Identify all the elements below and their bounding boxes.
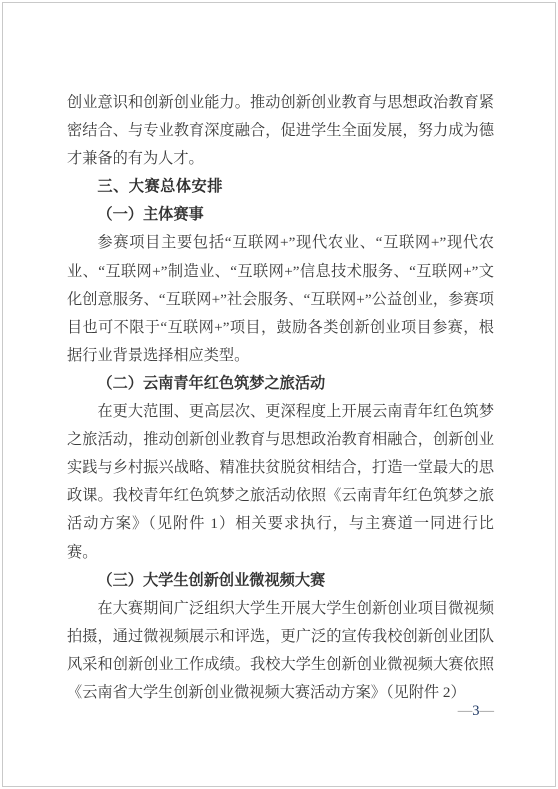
page-number: —3— — [458, 701, 494, 721]
subsection-body-micro-video-contest: 在大赛期间广泛组织大学生开展大学生创新创业项目微视频拍摄，通过微视频展示和评选，… — [67, 595, 494, 707]
page-number-value: 3 — [472, 703, 479, 719]
document-page: 创业意识和创新创业能力。推动创新创业教育与思想政治教育紧密结合、与专业教育深度融… — [0, 0, 558, 789]
subsection-heading-micro-video-contest: （三）大学生创新创业微视频大赛 — [67, 567, 494, 595]
subsection-body-red-dream-journey: 在更大范围、更高层次、更深程度上开展云南青年红色筑梦之旅活动，推动创新创业教育与… — [67, 398, 494, 567]
subsection-body-main-competition: 参赛项目主要包括“互联网+”现代农业、“互联网+”现代农业、“互联网+”制造业、… — [67, 229, 494, 369]
section-heading-overall-arrangement: 三、大赛总体安排 — [67, 173, 494, 201]
intro-paragraph: 创业意识和创新创业能力。推动创新创业教育与思想政治教育紧密结合、与专业教育深度融… — [67, 89, 494, 173]
page-number-dash-left: — — [458, 703, 473, 719]
page-number-dash-right: — — [480, 703, 495, 719]
subsection-heading-main-competition: （一）主体赛事 — [67, 201, 494, 229]
document-body: 创业意识和创新创业能力。推动创新创业教育与思想政治教育紧密结合、与专业教育深度融… — [67, 89, 494, 707]
subsection-heading-red-dream-journey: （二）云南青年红色筑梦之旅活动 — [67, 370, 494, 398]
